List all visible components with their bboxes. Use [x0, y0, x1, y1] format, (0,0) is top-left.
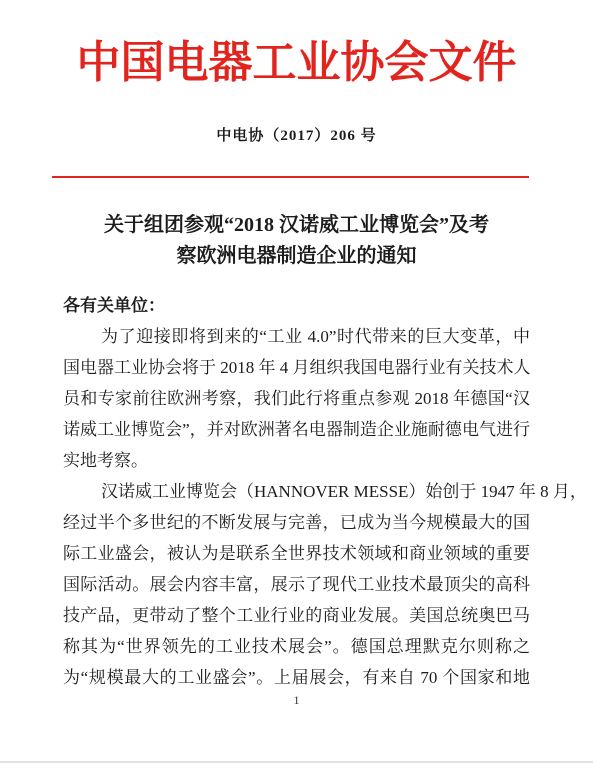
body-line: 员和专家前往欧洲考察，我们此行将重点参观 2018 年德国“汉 [63, 383, 530, 414]
body-line: 称其为“世界领先的工业技术展会”。德国总理默克尔则称之 [63, 631, 530, 662]
body-line: 为了迎接即将到来的“工业 4.0”时代带来的巨大变革，中 [63, 321, 530, 352]
body-line: 诺威工业博览会”，并对欧洲著名电器制造企业施耐德电气进行 [63, 414, 530, 445]
paragraph-1: 为了迎接即将到来的“工业 4.0”时代带来的巨大变革，中 国电器工业协会将于 2… [63, 321, 530, 476]
body-line: 为“规模最大的工业盛会”。上届展会，有来自 70 个国家和地 [63, 662, 530, 693]
body-line: 国际活动。展会内容丰富，展示了现代工业技术最顶尖的高科 [63, 569, 530, 600]
paragraph-2: 汉诺威工业博览会（HANNOVER MESSE）始创于 1947 年 8 月， … [63, 476, 530, 693]
page-number: 1 [0, 692, 593, 708]
document-page: 中国电器工业协会文件 中电协（2017）206 号 关于组团参观“2018 汉诺… [0, 0, 593, 769]
doc-title-line-1: 关于组团参观“2018 汉诺威工业博览会”及考 [0, 210, 593, 241]
org-title: 中国电器工业协会文件 [0, 32, 593, 94]
body-line: 国电器工业协会将于 2018 年 4 月组织我国电器行业有关技术人 [63, 352, 530, 383]
page-bottom-edge [0, 761, 593, 763]
salutation: 各有关单位： [63, 290, 530, 321]
body-line: 汉诺威工业博览会（HANNOVER MESSE）始创于 1947 年 8 月， [63, 476, 530, 507]
body-line: 技产品，更带动了整个工业行业的商业发展。美国总统奥巴马 [63, 600, 530, 631]
doc-number: 中电协（2017）206 号 [0, 124, 593, 148]
doc-title-line-2: 察欧洲电器制造企业的通知 [0, 241, 593, 272]
body-line: 际工业盛会，被认为是联系全世界技术领域和商业领域的重要 [63, 538, 530, 569]
document-body: 各有关单位： 为了迎接即将到来的“工业 4.0”时代带来的巨大变革，中 国电器工… [63, 290, 530, 693]
red-divider [52, 176, 529, 178]
body-line: 实地考察。 [63, 445, 530, 476]
doc-title: 关于组团参观“2018 汉诺威工业博览会”及考 察欧洲电器制造企业的通知 [0, 210, 593, 272]
body-line: 经过半个多世纪的不断发展与完善，已成为当今规模最大的国 [63, 507, 530, 538]
